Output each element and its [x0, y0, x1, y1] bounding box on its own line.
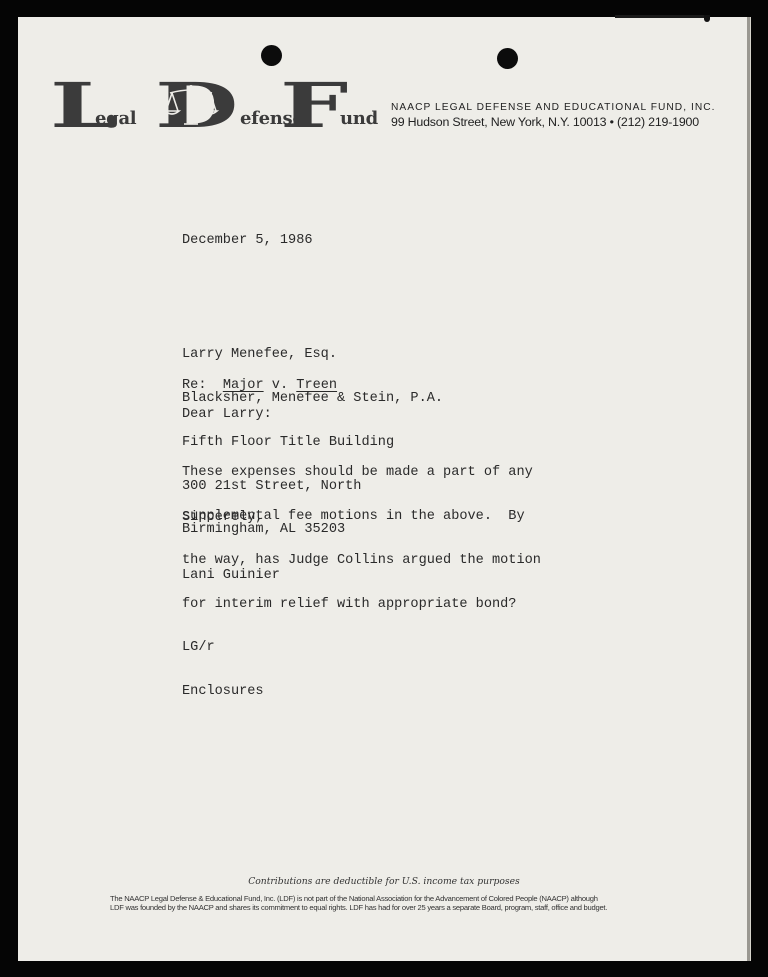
- salutation: Dear Larry:: [182, 408, 272, 423]
- reference-initials: LG/r: [182, 641, 264, 656]
- body-line: These expenses should be made a part of …: [182, 466, 541, 481]
- enclosures-note: Enclosures: [182, 685, 264, 700]
- re-label: Re:: [182, 378, 206, 393]
- re-line: Re: Major v. Treen: [182, 379, 337, 394]
- closing: Sincerely,: [182, 511, 264, 526]
- letterhead-contact: NAACP LEGAL DEFENSE AND EDUCATIONAL FUND…: [391, 102, 716, 129]
- recipient-line: Larry Menefee, Esq.: [182, 348, 443, 363]
- case-party-2: Treen: [296, 378, 337, 393]
- ldf-logo: L egal D efense F und: [50, 80, 370, 132]
- body-line: for interim relief with appropriate bond…: [182, 598, 541, 613]
- punch-hole: [261, 45, 282, 66]
- logo-word-legal: egal: [95, 108, 136, 129]
- recipient-line: Blacksher, Menefee & Stein, P.A.: [182, 392, 443, 407]
- letter-body: These expenses should be made a part of …: [182, 437, 541, 627]
- case-connector: v.: [272, 378, 288, 393]
- page-top-edge: [615, 15, 710, 18]
- scales-of-justice-icon: [162, 84, 220, 128]
- organization-name: NAACP LEGAL DEFENSE AND EDUCATIONAL FUND…: [391, 102, 716, 113]
- punch-hole: [497, 48, 518, 69]
- reference-block: LG/r Enclosures: [182, 612, 264, 714]
- footer-disclaimer: The NAACP Legal Defense & Educational Fu…: [110, 894, 670, 913]
- signer-name: Lani Guinier: [182, 569, 280, 584]
- organization-address: 99 Hudson Street, New York, N.Y. 10013 •…: [391, 115, 716, 129]
- logo-word-fund: und: [340, 108, 378, 129]
- disclaimer-line: LDF was founded by the NAACP and shares …: [110, 903, 670, 912]
- page-edge: [747, 17, 750, 961]
- logo-initial-f: F: [280, 80, 348, 132]
- page-notch: [704, 15, 710, 22]
- disclaimer-line: The NAACP Legal Defense & Educational Fu…: [110, 894, 670, 903]
- letter-date: December 5, 1986: [182, 234, 313, 249]
- tax-deductible-note: Contributions are deductible for U.S. in…: [0, 876, 768, 887]
- body-line: the way, has Judge Collins argued the mo…: [182, 554, 541, 569]
- case-party-1: Major: [223, 378, 264, 393]
